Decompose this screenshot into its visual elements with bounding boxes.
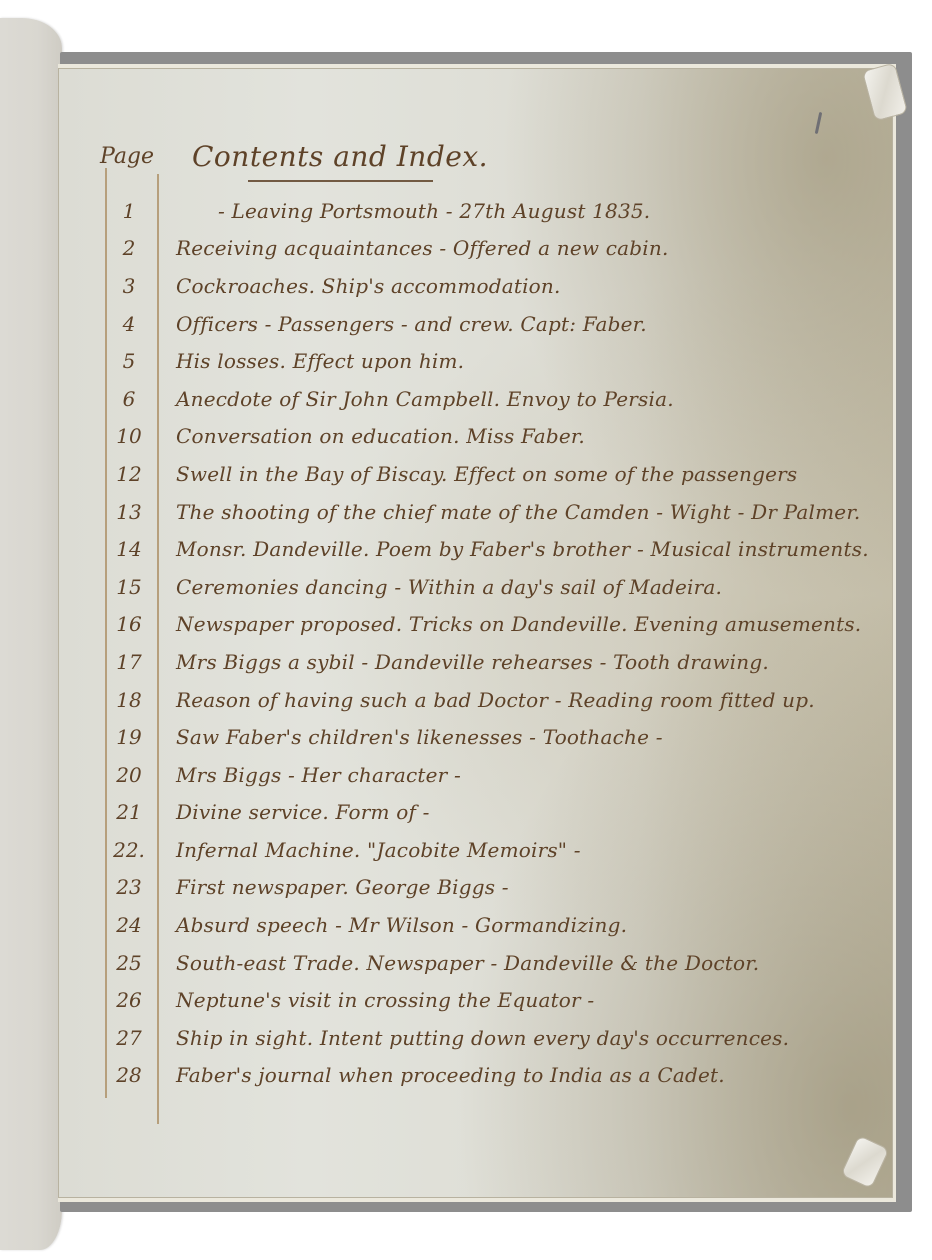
entry-page-number: 2	[100, 236, 158, 260]
contents-entry: 12 Swell in the Bay of Biscay. Effect on…	[100, 455, 890, 493]
entry-page-number: 18	[100, 688, 158, 712]
entry-page-number: 27	[100, 1026, 158, 1050]
contents-entry: 18 Reason of having such a bad Doctor - …	[100, 681, 890, 719]
contents-entry: 20 Mrs Biggs - Her character -	[100, 756, 890, 794]
contents-entry: 14 Monsr. Dandeville. Poem by Faber's br…	[100, 530, 890, 568]
title-underline	[248, 180, 433, 182]
entry-page-number: 19	[100, 725, 158, 749]
contents-entry: 27 Ship in sight. Intent putting down ev…	[100, 1019, 890, 1057]
contents-entry: 26 Neptune's visit in crossing the Equat…	[100, 981, 890, 1019]
entry-page-number: 13	[100, 500, 158, 524]
entry-page-number: 25	[100, 951, 158, 975]
entry-page-number: 26	[100, 988, 158, 1012]
left-page-leaf	[0, 18, 62, 1250]
contents-entry: 22. Infernal Machine. "Jacobite Memoirs"…	[100, 831, 890, 869]
entry-page-number: 28	[100, 1063, 158, 1087]
entry-page-number: 4	[100, 312, 158, 336]
contents-entry: 25 South-east Trade. Newspaper - Dandevi…	[100, 944, 890, 982]
contents-entry: 3 Cockroaches. Ship's accommodation.	[100, 267, 890, 305]
contents-entry: 24 Absurd speech - Mr Wilson - Gormandiz…	[100, 906, 890, 944]
contents-entry: 5 His losses. Effect upon him.	[100, 342, 890, 380]
contents-entry: 4 Officers - Passengers - and crew. Capt…	[100, 305, 890, 343]
entry-page-number: 15	[100, 575, 158, 599]
contents-entry: 13 The shooting of the chief mate of the…	[100, 493, 890, 531]
entry-text: Receiving acquaintances - Offered a new …	[158, 236, 669, 260]
entry-text: His losses. Effect upon him.	[158, 349, 464, 373]
entry-text: Neptune's visit in crossing the Equator …	[158, 988, 594, 1012]
entry-text: Swell in the Bay of Biscay. Effect on so…	[158, 462, 797, 486]
entry-text: Officers - Passengers - and crew. Capt: …	[158, 312, 647, 336]
contents-entry: 17 Mrs Biggs a sybil - Dandeville rehear…	[100, 643, 890, 681]
entry-text: Ship in sight. Intent putting down every…	[158, 1026, 789, 1050]
entry-text: Monsr. Dandeville. Poem by Faber's broth…	[158, 537, 869, 561]
entry-page-number: 22.	[100, 838, 158, 862]
entry-text: Saw Faber's children's likenesses - Toot…	[158, 725, 663, 749]
entry-page-number: 12	[100, 462, 158, 486]
entry-text: Absurd speech - Mr Wilson - Gormandizing…	[158, 913, 627, 937]
entry-page-number: 17	[100, 650, 158, 674]
entry-text: Ceremonies dancing - Within a day's sail…	[158, 575, 722, 599]
entry-text: Conversation on education. Miss Faber.	[158, 424, 585, 448]
entry-page-number: 21	[100, 800, 158, 824]
entry-text: Mrs Biggs a sybil - Dandeville rehearses…	[158, 650, 769, 674]
entry-text: Cockroaches. Ship's accommodation.	[158, 274, 561, 298]
entry-text: Newspaper proposed. Tricks on Dandeville…	[158, 612, 861, 636]
entry-page-number: 5	[100, 349, 158, 373]
entry-text: Faber's journal when proceeding to India…	[158, 1063, 725, 1087]
contents-entry: 1 - Leaving Portsmouth - 27th August 183…	[100, 192, 890, 230]
contents-header: Page Contents and Index.	[100, 140, 700, 180]
contents-entry: 6 Anecdote of Sir John Campbell. Envoy t…	[100, 380, 890, 418]
entry-text: Reason of having such a bad Doctor - Rea…	[158, 688, 815, 712]
contents-entry: 23 First newspaper. George Biggs -	[100, 869, 890, 907]
entry-page-number: 20	[100, 763, 158, 787]
contents-entry: 2 Receiving acquaintances - Offered a ne…	[100, 230, 890, 268]
entry-page-number: 23	[100, 875, 158, 899]
entry-text: Mrs Biggs - Her character -	[158, 763, 461, 787]
page-title: Contents and Index.	[192, 140, 488, 173]
contents-entry: 28 Faber's journal when proceeding to In…	[100, 1057, 890, 1095]
contents-entry: 16 Newspaper proposed. Tricks on Dandevi…	[100, 606, 890, 644]
contents-entry: 21 Divine service. Form of -	[100, 794, 890, 832]
entry-text: Infernal Machine. "Jacobite Memoirs" -	[158, 838, 581, 862]
entry-page-number: 16	[100, 612, 158, 636]
entry-page-number: 14	[100, 537, 158, 561]
entry-page-number: 1	[100, 199, 158, 223]
entry-text: Anecdote of Sir John Campbell. Envoy to …	[158, 387, 674, 411]
page-column-label: Page	[100, 144, 154, 169]
entry-page-number: 3	[100, 274, 158, 298]
contents-list: 1 - Leaving Portsmouth - 27th August 183…	[100, 192, 890, 1094]
contents-entry: 15 Ceremonies dancing - Within a day's s…	[100, 568, 890, 606]
entry-text: The shooting of the chief mate of the Ca…	[158, 500, 860, 524]
entry-text: - Leaving Portsmouth - 27th August 1835.	[158, 199, 650, 223]
entry-text: Divine service. Form of -	[158, 800, 430, 824]
contents-entry: 10 Conversation on education. Miss Faber…	[100, 418, 890, 456]
entry-text: First newspaper. George Biggs -	[158, 875, 509, 899]
entry-page-number: 24	[100, 913, 158, 937]
contents-entry: 19 Saw Faber's children's likenesses - T…	[100, 718, 890, 756]
entry-text: South-east Trade. Newspaper - Dandeville…	[158, 951, 759, 975]
entry-page-number: 10	[100, 424, 158, 448]
entry-page-number: 6	[100, 387, 158, 411]
